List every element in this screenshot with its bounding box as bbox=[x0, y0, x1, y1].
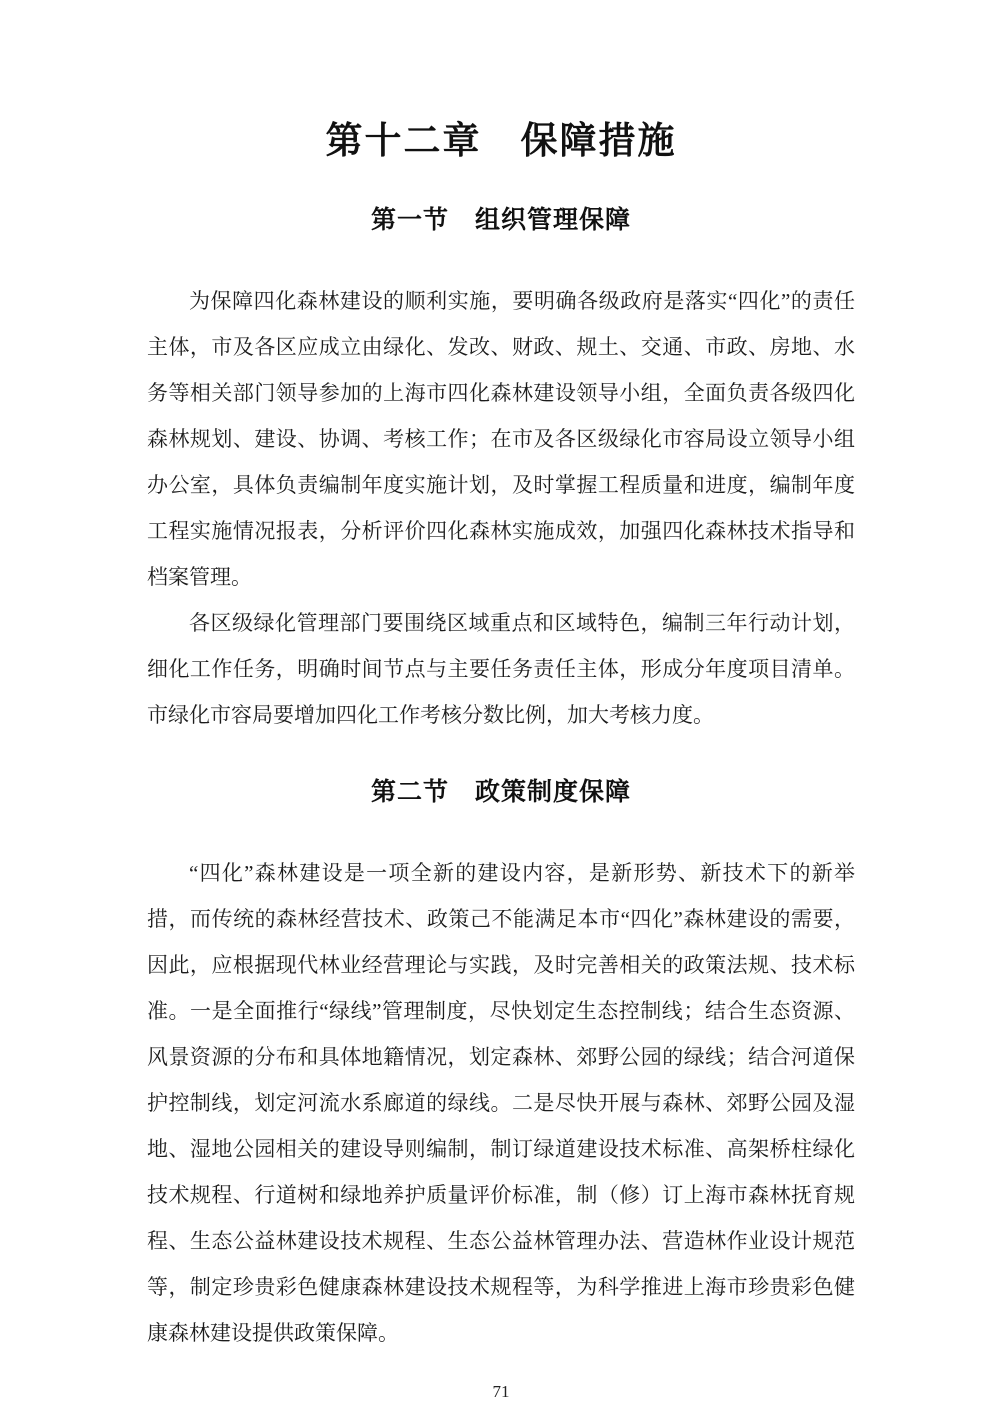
section-2-heading: 第二节 政策制度保障 bbox=[147, 778, 855, 808]
document-page: 第十二章 保障措施 第一节 组织管理保障 为保障四化森林建设的顺利实施，要明确各… bbox=[0, 0, 1000, 1414]
section-1-heading: 第一节 组织管理保障 bbox=[147, 206, 855, 236]
section-1-paragraph-2: 各区级绿化管理部门要围绕区域重点和区域特色，编制三年行动计划，细化工作任务，明确… bbox=[147, 600, 855, 738]
page-number: 71 bbox=[147, 1382, 855, 1402]
section-1-paragraph-1: 为保障四化森林建设的顺利实施，要明确各级政府是落实“四化”的责任主体，市及各区应… bbox=[147, 278, 855, 600]
section-2-paragraph-1: “四化”森林建设是一项全新的建设内容，是新形势、新技术下的新举措，而传统的森林经… bbox=[147, 850, 855, 1356]
chapter-title: 第十二章 保障措施 bbox=[147, 118, 855, 166]
